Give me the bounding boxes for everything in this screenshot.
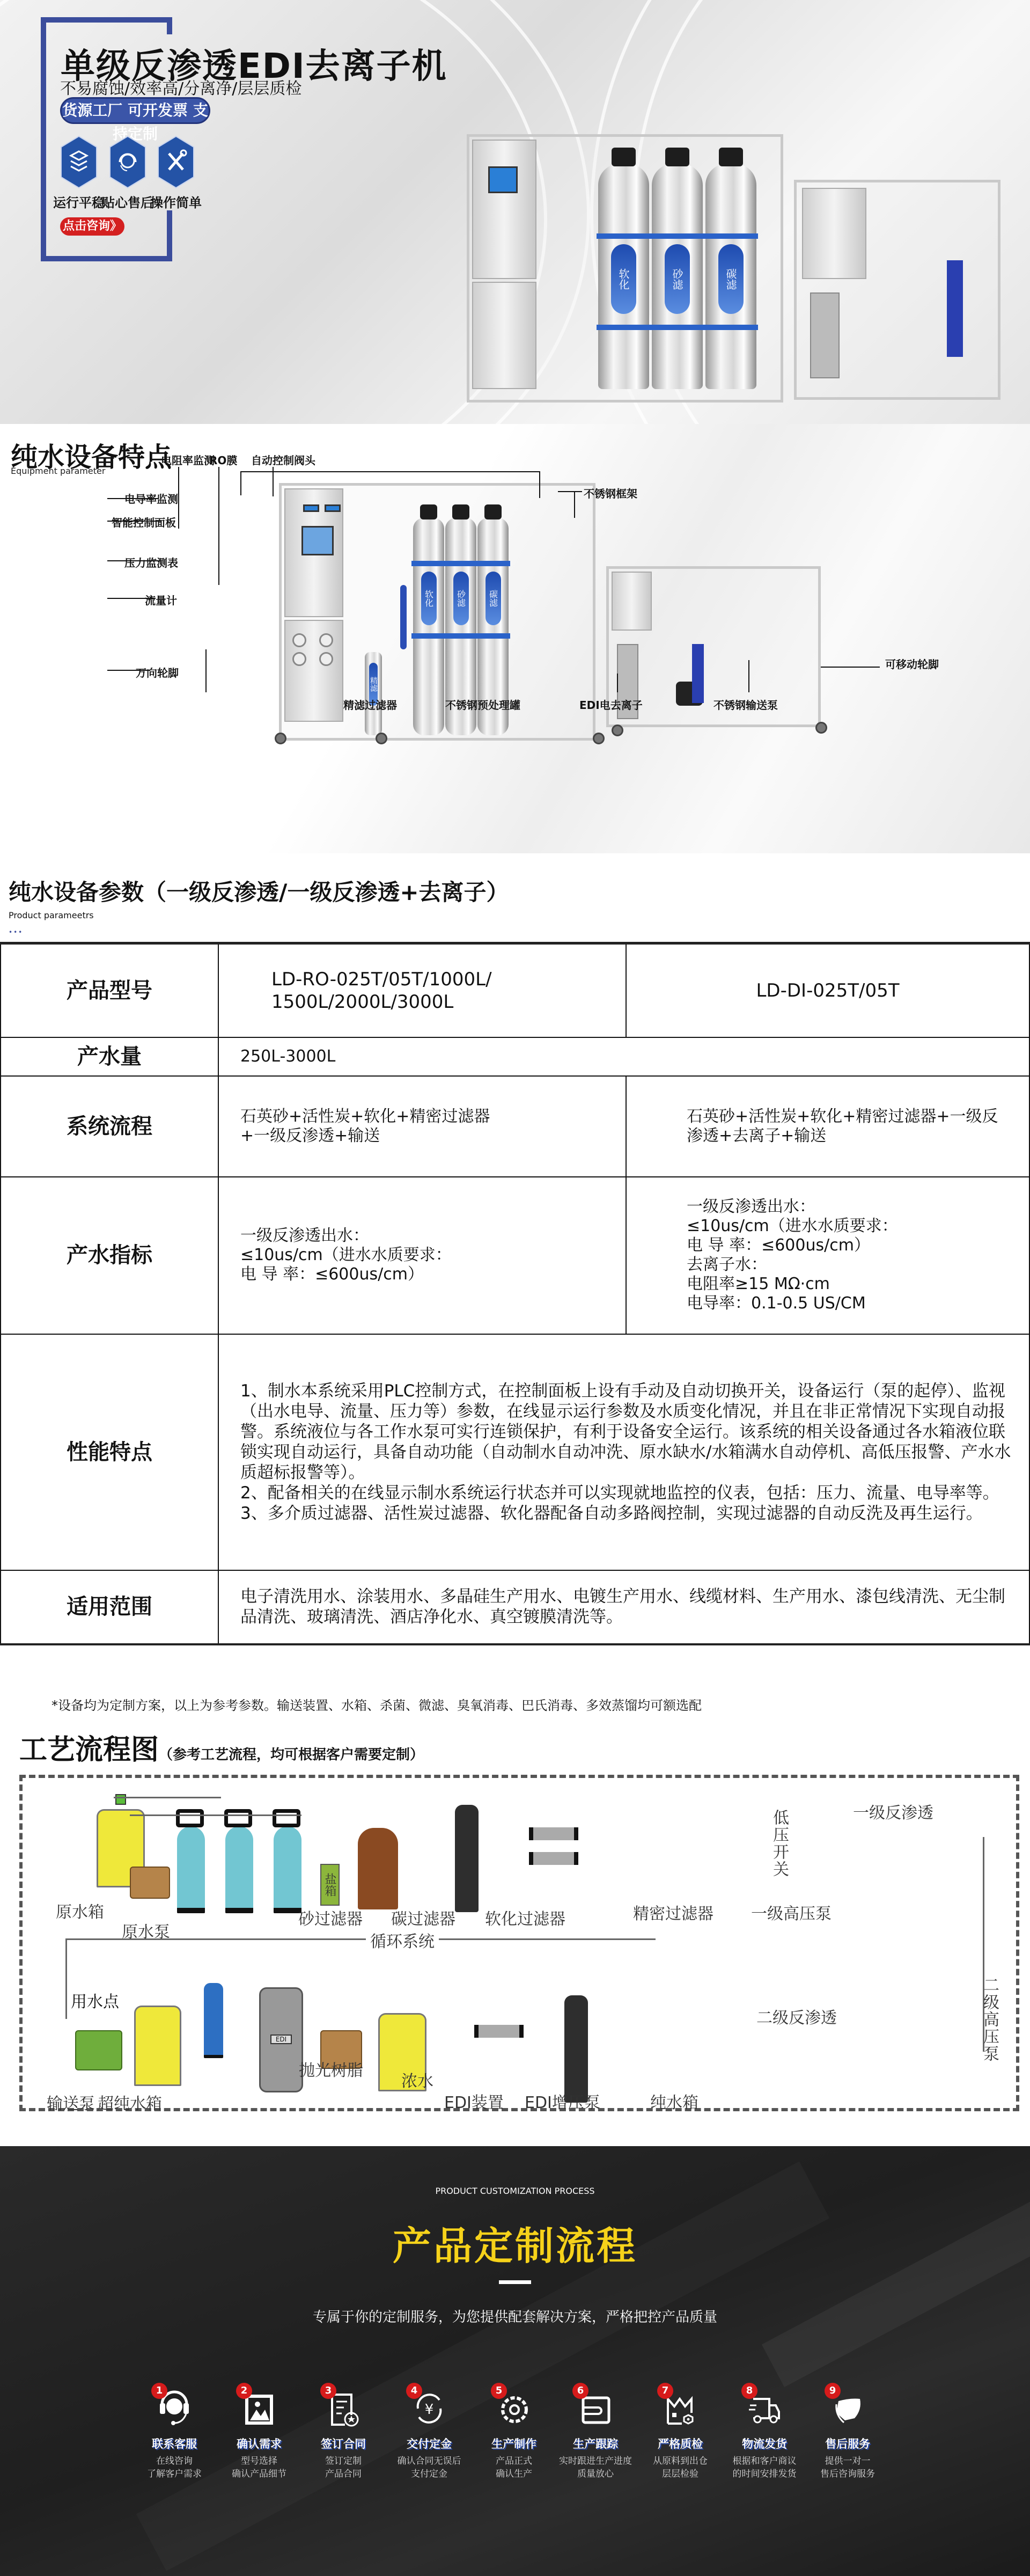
product-parameters-section: 纯水设备参数（一级反渗透/一级反渗透+去离子） Product parameet… (0, 853, 1030, 1615)
feature-label: 操作简单 (150, 192, 202, 211)
gauge-icon (319, 633, 333, 647)
polishing-resin (204, 1983, 223, 2058)
feature-aftersales: 贴心售后 (108, 135, 147, 211)
table-row-output: 产水量 250L-3000L (1, 1037, 1029, 1076)
hp-pump-1 (455, 1805, 479, 1912)
label-ro-2: 二级反渗透 (756, 2004, 837, 2028)
sand-filter (177, 1826, 205, 1913)
ro-membrane-1b (529, 1852, 578, 1865)
callout-pressure-gauge: 压力监测表 (124, 554, 178, 570)
callout-line (205, 649, 207, 692)
consult-button[interactable]: 点击咨询》 (60, 217, 124, 236)
callout-steel-frame: 不锈钢框架 (584, 485, 637, 501)
step-number: 7 (657, 2383, 673, 2399)
pipe (130, 1814, 301, 1816)
softener-tank: 软化 (413, 518, 444, 735)
process-title: 工艺流程图（参考工艺流程，均可根据客户需要定制） (19, 1727, 424, 1767)
hero-banner: 单级反渗透EDI去离子机 不易腐蚀/效率高/分离净/层层质检 货源工厂 可开发票… (0, 0, 1030, 424)
gauge-icon (292, 652, 306, 666)
quality-line: 电阻率≥15 MΩ·cm (687, 1275, 1029, 1294)
gauge-icon (319, 652, 333, 666)
step-desc: 了解客户需求 (134, 2468, 215, 2480)
ro-membrane-2 (474, 2025, 524, 2038)
step-title: 确认需求 (219, 2435, 299, 2451)
section-subtitle: Equipment parameter (11, 466, 105, 476)
callout-auto-valve: 自动控制阀头 (251, 452, 315, 467)
carbon-filter-tank: 碳滤 (705, 164, 756, 389)
step-number: 1 (151, 2383, 167, 2399)
decorative-dots: ••• (9, 928, 23, 936)
step-desc: 确认产品细节 (219, 2468, 299, 2480)
pipe (65, 1938, 67, 2019)
quality-line: 一级反渗透出水： (240, 1226, 626, 1246)
step-tracking: 6 生产跟踪 实时跟进生产进度 质量放心 (555, 2383, 636, 2480)
frame-left (41, 17, 46, 261)
label-transfer-pump: 输送泵 (47, 2090, 95, 2114)
callout-line (240, 471, 241, 495)
label-carbon-filter: 碳过滤器 (391, 1906, 455, 1929)
table-row-process: 系统流程 石英砂+活性炭+软化+精密过滤器+一级反渗透+输送 石英砂+活性炭+软… (1, 1076, 1029, 1177)
row-label: 性能特点 (1, 1334, 218, 1570)
application-value: 电子清洗用水、涂装用水、多晶硅生产用水、电镀生产用水、线缆材料、生产用水、漆包线… (218, 1570, 1029, 1644)
table-row-application: 适用范围 电子清洗用水、涂装用水、多晶硅生产用水、电镀生产用水、线缆材料、生产用… (1, 1570, 1029, 1644)
label-precision-filter: 精密过滤器 (633, 1900, 713, 1924)
step-desc: 质量放心 (555, 2468, 636, 2480)
step-number: 2 (236, 2383, 252, 2399)
hp-pump-2 (564, 1995, 588, 2103)
row-label: 系统流程 (1, 1076, 218, 1177)
wheel-icon (376, 733, 387, 744)
label-polishing-resin: 抛光树脂 (299, 2057, 363, 2081)
valve-head (719, 148, 743, 166)
ro-membrane-1 (529, 1827, 578, 1840)
control-cabinet (472, 140, 536, 279)
step-desc: 签订定制 (303, 2455, 384, 2468)
callout-line (107, 598, 156, 599)
row-label: 产水量 (1, 1037, 218, 1076)
callout-line (558, 491, 582, 492)
process-di: 石英砂+活性炭+软化+精密过滤器+一级反渗透+去离子+输送 (626, 1076, 1029, 1177)
callout-flow-meter: 流量计 (145, 592, 177, 608)
step-desc: 产品合同 (303, 2468, 384, 2480)
frame-right-top (167, 17, 172, 34)
table-row-quality: 产水指标 一级反渗透出水： ≤10us/cm（进水水质要求： 电 导 率：≤60… (1, 1177, 1029, 1334)
wheel-icon (612, 724, 623, 736)
label-softener: 软化过滤器 (485, 1906, 565, 1929)
label-low-pressure-switch: 低压开关 (767, 1809, 791, 1878)
title-main: 工艺流程图 (19, 1734, 159, 1766)
hero-badge: 货源工厂 可开发票 支持定制 (60, 97, 210, 124)
divider (499, 2280, 531, 2284)
model-ro: LD-RO-025T/05T/1000L/ 1500L/2000L/3000L (218, 943, 626, 1037)
quality-line: ≤10us/cm（进水水质要求： (687, 1217, 1029, 1236)
conductivity-display (303, 504, 319, 512)
label-sand-filter: 砂过滤器 (298, 1906, 363, 1929)
step-title: 物流发货 (724, 2435, 805, 2451)
label-pure-tank: 纯水箱 (650, 2089, 698, 2113)
edi-device: EDI (259, 1987, 303, 2092)
ro-membrane (400, 585, 407, 649)
quality-line: 电 导 率：≤600us/cm） (687, 1236, 1029, 1255)
layers-icon (60, 135, 98, 189)
equipment-photo: 软化 砂滤 碳滤 (467, 134, 1003, 413)
callout-line (178, 467, 179, 529)
performance-text: 1、制水本系统采用PLC控制方式，在控制面板上设有手动及自动切换开关，设备运行（… (218, 1334, 1029, 1570)
blue-filter (692, 644, 704, 703)
softener (274, 1826, 301, 1913)
section-title: 纯水设备参数（一级反渗透/一级反渗透+去离子） (9, 875, 509, 907)
svg-text:¥: ¥ (425, 2402, 434, 2418)
valve-head (484, 504, 502, 519)
step-inspection: 7 严格质检 从原料到出仓 层层检验 (640, 2383, 720, 2480)
callout-resistivity: 电阻率监测 (161, 452, 215, 467)
performance-paragraph: 2、配备相关的在线显示制水系统运行状态并可以实现就地监控的仪表，包括：压力、流量… (240, 1483, 1013, 1503)
blue-filter (947, 260, 963, 357)
controller-icon (224, 1809, 252, 1827)
step-aftersales: 9 售后服务 提供一对一 售后咨询服务 (807, 2383, 888, 2480)
callout-movable-wheel: 可移动轮脚 (885, 656, 939, 671)
label-hp-pump-1: 一级高压泵 (751, 1900, 832, 1924)
step-number: 3 (320, 2383, 336, 2399)
frame-right-bottom (167, 210, 172, 261)
ultra-pure-tank (134, 2006, 181, 2086)
callout-ro-membrane: RO膜 (209, 452, 237, 467)
callout-precision-filter: 精滤过滤器 (343, 697, 397, 712)
step-desc: 型号选择 (219, 2455, 299, 2468)
callout-universal-wheel: 万向轮脚 (136, 664, 179, 680)
step-desc: 支付定金 (389, 2468, 469, 2480)
row-label: 适用范围 (1, 1570, 218, 1644)
step-desc: 根据和客户商议 (724, 2455, 805, 2468)
callout-transfer-pump: 不锈钢输送泵 (713, 697, 778, 712)
step-number: 5 (491, 2383, 507, 2399)
step-contract: 3 签订合同 签订定制 产品合同 (303, 2383, 384, 2480)
pipe (65, 1938, 656, 1940)
edi-tag: EDI (270, 2035, 292, 2044)
performance-paragraph: 3、多介质过滤器、活性炭过滤器、软化器配备自动多路阀控制，实现过滤器的自动反洗及… (240, 1503, 1013, 1524)
step-desc: 实时跟进生产进度 (555, 2455, 636, 2468)
step-contact: 1 联系客服 在线咨询 了解客户需求 (134, 2383, 215, 2480)
output-value: 250L-3000L (218, 1037, 1029, 1076)
feature-label: 运行平稳 (53, 192, 105, 211)
valve-head (420, 504, 437, 519)
step-desc: 在线咨询 (134, 2455, 215, 2468)
callout-control-panel: 智能控制面板 (112, 514, 176, 530)
step-title: 严格质检 (640, 2435, 720, 2451)
customization-section: PRODUCT CUSTOMIZATION PROCESS 产品定制流程 专属于… (0, 2146, 1030, 2576)
feature-label: 贴心售后 (102, 192, 153, 211)
equipment-features-section: 纯水设备特点 Equipment parameter 精滤 软化 砂滤 碳滤 电… (0, 424, 1030, 853)
callout-line (107, 498, 159, 499)
quality-line: 电导率：0.1-0.5 US/CM (687, 1294, 1029, 1313)
row-label: 产品型号 (1, 943, 218, 1037)
frame-bottom (41, 256, 172, 261)
step-desc: 售后咨询服务 (807, 2468, 888, 2480)
step-shipping: 8 物流发货 根据和客户商议 的时间安排发货 (724, 2383, 805, 2480)
raw-water-pump (130, 1867, 170, 1899)
step-number: 6 (572, 2383, 588, 2399)
controller-icon (273, 1809, 300, 1827)
step-production: 5 生产制作 产品正式 确认生产 (474, 2383, 554, 2480)
controller-icon (176, 1809, 204, 1827)
process-diagram: 盐箱 原水箱 原水泵 砂过滤器 碳过滤器 软化过滤器 精密过滤器 低压开关 一级… (19, 1775, 1019, 2111)
section-subtitle: Product parameetrs (9, 910, 94, 920)
callout-line (748, 660, 749, 692)
callout-line (240, 471, 539, 472)
title-note: （参考工艺流程，均可根据客户需要定制） (159, 1747, 424, 1763)
label-ro-1: 一级反渗透 (853, 1799, 933, 1823)
callout-line (617, 674, 618, 692)
edi-control-box (612, 572, 652, 631)
footnote: *设备均为定制方案，以上为参考参数。输送装置、水箱、杀菌、微滤、臭氧消毒、巴氏消… (51, 1695, 702, 1714)
gauge-panel (472, 282, 536, 389)
wheel-icon (593, 733, 605, 744)
row-label: 产水指标 (1, 1177, 218, 1334)
step-title: 生产制作 (474, 2435, 554, 2451)
model-di: LD-DI-025T/05T (626, 943, 1029, 1037)
equipment-diagram: 精滤 软化 砂滤 碳滤 (279, 478, 826, 800)
label-circulation: 循环系统 (366, 1928, 439, 1952)
sand-filter-tank: 砂滤 (652, 164, 703, 389)
table-row-model: 产品型号 LD-RO-025T/05T/1000L/ 1500L/2000L/3… (1, 943, 1029, 1037)
callout-line (107, 670, 150, 671)
callout-line (107, 521, 161, 522)
wheel-icon (275, 733, 286, 744)
callout-line (218, 467, 219, 585)
step-desc: 确认生产 (474, 2468, 554, 2480)
callout-pretreatment-tank: 不锈钢预处理罐 (445, 697, 520, 712)
spec-table: 产品型号 LD-RO-025T/05T/1000L/ 1500L/2000L/3… (0, 942, 1030, 1645)
gauge-panel (284, 620, 343, 722)
step-desc: 确认合同无误后 (389, 2455, 469, 2468)
step-desc: 从原料到出仓 (640, 2455, 720, 2468)
section-title: 产品定制流程 (0, 2215, 1030, 2271)
gauge-icon (292, 633, 306, 647)
valve-head (612, 148, 636, 166)
process-ro: 石英砂+活性炭+软化+精密过滤器+一级反渗透+输送 (218, 1076, 626, 1177)
touch-screen (301, 526, 334, 555)
precision-filter: 精滤 (365, 652, 382, 735)
label-edi-device: EDI装置 (444, 2089, 504, 2113)
callout-line (539, 471, 540, 498)
quality-ro: 一级反渗透出水： ≤10us/cm（进水水质要求： 电 导 率：≤600us/c… (218, 1177, 626, 1334)
transfer-pump (75, 2030, 122, 2070)
hero-subtitle: 不易腐蚀/效率高/分离净/层层质检 (60, 75, 301, 99)
table-row-performance: 性能特点 1、制水本系统采用PLC控制方式，在控制面板上设有手动及自动切换开关，… (1, 1334, 1029, 1570)
section-en-title: PRODUCT CUSTOMIZATION PROCESS (0, 2186, 1030, 2196)
label-ultra-pure-tank: 超纯水箱 (98, 2090, 162, 2114)
step-desc: 层层检验 (640, 2468, 720, 2480)
step-desc: 提供一对一 (807, 2455, 888, 2468)
title-main: 纯水设备参数 (9, 879, 144, 905)
callout-line (821, 667, 880, 668)
quality-line: 电 导 率：≤600us/cm） (240, 1265, 626, 1284)
step-title: 联系客服 (134, 2435, 215, 2451)
callout-line (107, 560, 161, 561)
step-deposit: 4 ¥ 交付定金 确认合同无误后 支付定金 (389, 2383, 469, 2480)
salt-box: 盐箱 (320, 1864, 340, 1906)
quality-line: ≤10us/cm（进水水质要求： (240, 1246, 626, 1265)
quality-di: 一级反渗透出水： ≤10us/cm（进水水质要求： 电 导 率：≤600us/c… (626, 1177, 1029, 1334)
frame-top (41, 17, 172, 23)
label-edi-booster: EDI增压泵 (525, 2089, 600, 2113)
level-switch (115, 1794, 126, 1805)
headset-icon (109, 135, 146, 189)
quality-line: 一级反渗透出水： (687, 1197, 1029, 1217)
tools-icon (157, 135, 195, 189)
step-confirm: 2 确认需求 型号选择 确认产品细节 (219, 2383, 299, 2480)
carbon-filter (225, 1826, 253, 1913)
callout-line (574, 491, 575, 518)
touch-screen (488, 166, 518, 193)
step-number: 8 (741, 2383, 757, 2399)
pipe (114, 1797, 221, 1798)
quality-line: 去离子水： (687, 1255, 1029, 1275)
wheel-icon (815, 722, 827, 734)
valve-head (452, 504, 469, 519)
precision-filter (358, 1828, 398, 1909)
feature-stable: 运行平稳 (60, 135, 98, 211)
callout-edi: EDI电去离子 (579, 697, 643, 712)
edi-control-box (802, 188, 866, 279)
resistivity-display (325, 504, 341, 512)
step-title: 签订合同 (303, 2435, 384, 2451)
step-number: 9 (825, 2383, 841, 2399)
valve-head (665, 148, 689, 166)
title-paren: （一级反渗透/一级反渗透+去离子） (144, 879, 509, 905)
softener-tank: 软化 (598, 164, 649, 389)
label-hp-pump-2: 二级高压泵 (977, 1977, 1001, 2062)
section-description: 专属于你的定制服务，为您提供配套解决方案，严格把控产品质量 (0, 2306, 1030, 2326)
label-raw-tank: 原水箱 (56, 1899, 104, 1922)
feature-easy-operation: 操作简单 (157, 135, 195, 211)
label-use-point: 用水点 (71, 1988, 119, 2012)
step-desc: 产品正式 (474, 2455, 554, 2468)
step-desc: 的时间安排发货 (724, 2468, 805, 2480)
step-title: 生产跟踪 (555, 2435, 636, 2451)
label-concentrate: 浓水 (401, 2068, 433, 2091)
step-title: 售后服务 (807, 2435, 888, 2451)
edi-module (810, 292, 840, 378)
step-number: 4 (406, 2383, 422, 2399)
step-title: 交付定金 (389, 2435, 469, 2451)
performance-paragraph: 1、制水本系统采用PLC控制方式，在控制面板上设有手动及自动切换开关，设备运行（… (240, 1381, 1013, 1483)
